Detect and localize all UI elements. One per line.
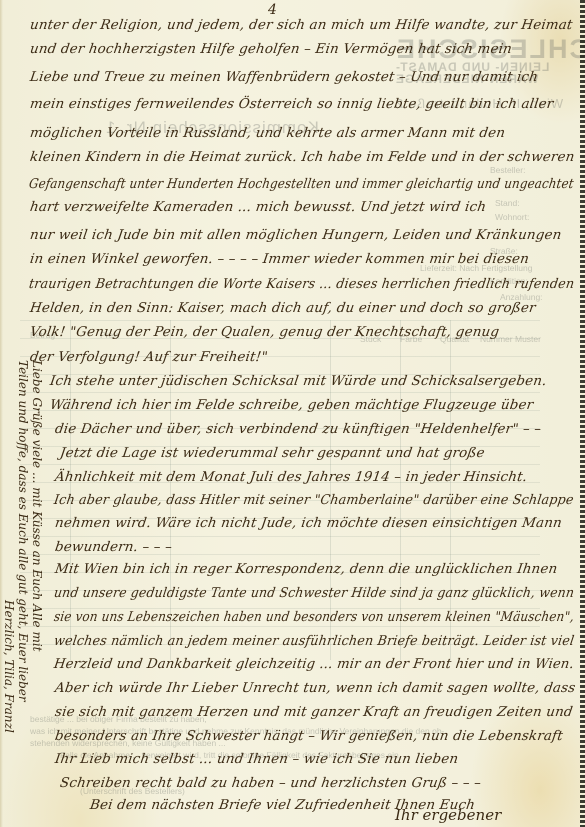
- letter-page: SCHLESISCHE LEINEN- UND DAMAST- WAREN-NI…: [0, 0, 585, 827]
- letter-line: sie sich mit ganzem Herzen und mit ganze…: [54, 705, 574, 720]
- letter-line: Ich stehe unter jüdischen Schicksal mit …: [49, 374, 548, 389]
- form-field-showthrough: Wohnort:: [495, 212, 529, 222]
- letter-line: traurigen Betrachtungen die Worte Kaiser…: [28, 277, 575, 292]
- letter-line: Aber ich würde Ihr Lieber Unrecht tun, w…: [54, 681, 576, 696]
- margin-note-line: Liebe Grüße viele ... mit Küsse an Euch …: [30, 360, 44, 651]
- letter-line: Helden, in den Sinn: Kaiser, mach dich a…: [29, 301, 537, 316]
- form-field-showthrough: Stand:: [495, 198, 520, 208]
- letter-line: Ihr Lieb mich selbst ... und Ihnen – wie…: [54, 752, 459, 767]
- letter-line: möglichen Vorteile in Russland, und kehr…: [29, 126, 506, 141]
- letter-line: Während ich hier im Felde schreibe, gebe…: [49, 398, 534, 413]
- letter-line: in einen Winkel geworfen. – – – – Immer …: [29, 252, 530, 267]
- letter-line: Liebe und Treue zu meinen Waffenbrüdern …: [29, 70, 539, 85]
- perforated-edge: [580, 0, 585, 827]
- letter-line: mein einstiges fernweilendes Österreich …: [29, 97, 554, 112]
- letter-line: Volk! "Genug der Pein, der Qualen, genug…: [29, 325, 500, 340]
- letter-line: und der hochherzigsten Hilfe geholfen – …: [29, 42, 513, 57]
- margin-note-line: Teilen und hoffe, dass es Euch alle gut …: [16, 360, 30, 702]
- letter-line: kleinen Kindern in die Heimat zurück. Ic…: [29, 150, 576, 165]
- form-grid-showthrough: [20, 320, 540, 660]
- letter-line: Schreiben recht bald zu haben – und herz…: [59, 776, 482, 791]
- letter-line: der Verfolgung! Auf zur Freiheit!": [29, 350, 269, 365]
- letter-closing: Ihr ergebener: [395, 806, 501, 824]
- letter-line: hart verzweifelte Kameraden ... mich bew…: [29, 200, 487, 215]
- letter-line: nehmen wird. Wäre ich nicht Jude, ich mö…: [54, 516, 563, 531]
- letter-line: Jetzt die Lage ist wiederummal sehr gesp…: [59, 446, 486, 461]
- letter-line: bewundern. – – –: [54, 540, 173, 555]
- letter-line: besonders an Ihre Schwester hängt – Wir …: [54, 729, 564, 744]
- letter-line: Herzleid und Dankbarkeit gleichzeitig ..…: [53, 657, 575, 672]
- letter-line: nur weil ich Jude bin mit allen mögliche…: [29, 228, 563, 243]
- margin-note-line: Herzlich, Tilia, Franzl: [2, 600, 16, 733]
- letter-line: Gefangenschaft unter Hunderten Hochgeste…: [28, 177, 575, 192]
- letter-line: sie von uns Lebenszeichen haben und beso…: [53, 610, 575, 625]
- page-number: 4: [268, 2, 277, 18]
- letter-line: unter der Religion, und jedem, der sich …: [29, 18, 574, 33]
- letter-line: Mit Wien bin ich in reger Korrespondenz,…: [54, 562, 558, 577]
- letter-line: Ich aber glaube, dass Hitler mit seiner …: [53, 493, 575, 508]
- letter-line: welches nämlich an jedem meiner ausführl…: [53, 634, 575, 649]
- letter-line: die Dächer und über, sich verbindend zu …: [54, 422, 542, 437]
- table-header-showthrough: Muster: [515, 334, 541, 344]
- letter-line: und unsere geduldigste Tante und Schwest…: [53, 586, 575, 601]
- letter-line: Ähnlichkeit mit dem Monat Juli des Jahre…: [54, 470, 528, 485]
- form-field-showthrough: Besteller:: [490, 165, 525, 175]
